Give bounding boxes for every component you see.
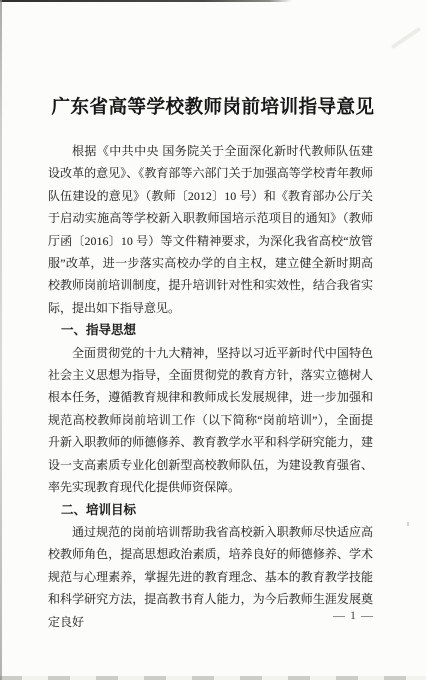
scan-edge-bottom-artifact bbox=[0, 676, 426, 680]
scan-edge-top-artifact bbox=[0, 0, 292, 2]
document-title: 广东省高等学校教师岗前培训指导意见 bbox=[0, 95, 426, 119]
section-2-body: 通过规范的岗前培训帮助我省高校新入职教师尽快适应高校教师角色，提高思想政治素质，… bbox=[48, 521, 373, 633]
scan-page: 广东省高等学校教师岗前培训指导意见 根据《中共中央 国务院关于全面深化新时代教师… bbox=[0, 0, 426, 680]
page-number: — 1 — bbox=[333, 606, 374, 624]
scan-speck-artifact bbox=[407, 522, 409, 526]
section-2-heading: 二、培训目标 bbox=[48, 499, 373, 521]
section-1-heading: 一、指导思想 bbox=[48, 319, 373, 341]
scan-streak-artifact bbox=[391, 27, 421, 49]
document-body: 根据《中共中央 国务院关于全面深化新时代教师队伍建设改革的意见》、《教育部等六部… bbox=[48, 140, 373, 633]
intro-paragraph: 根据《中共中央 国务院关于全面深化新时代教师队伍建设改革的意见》、《教育部等六部… bbox=[48, 140, 373, 319]
section-1-body: 全面贯彻党的十九大精神，坚持以习近平新时代中国特色社会主义思想为指导，全面贯彻党… bbox=[48, 342, 373, 499]
